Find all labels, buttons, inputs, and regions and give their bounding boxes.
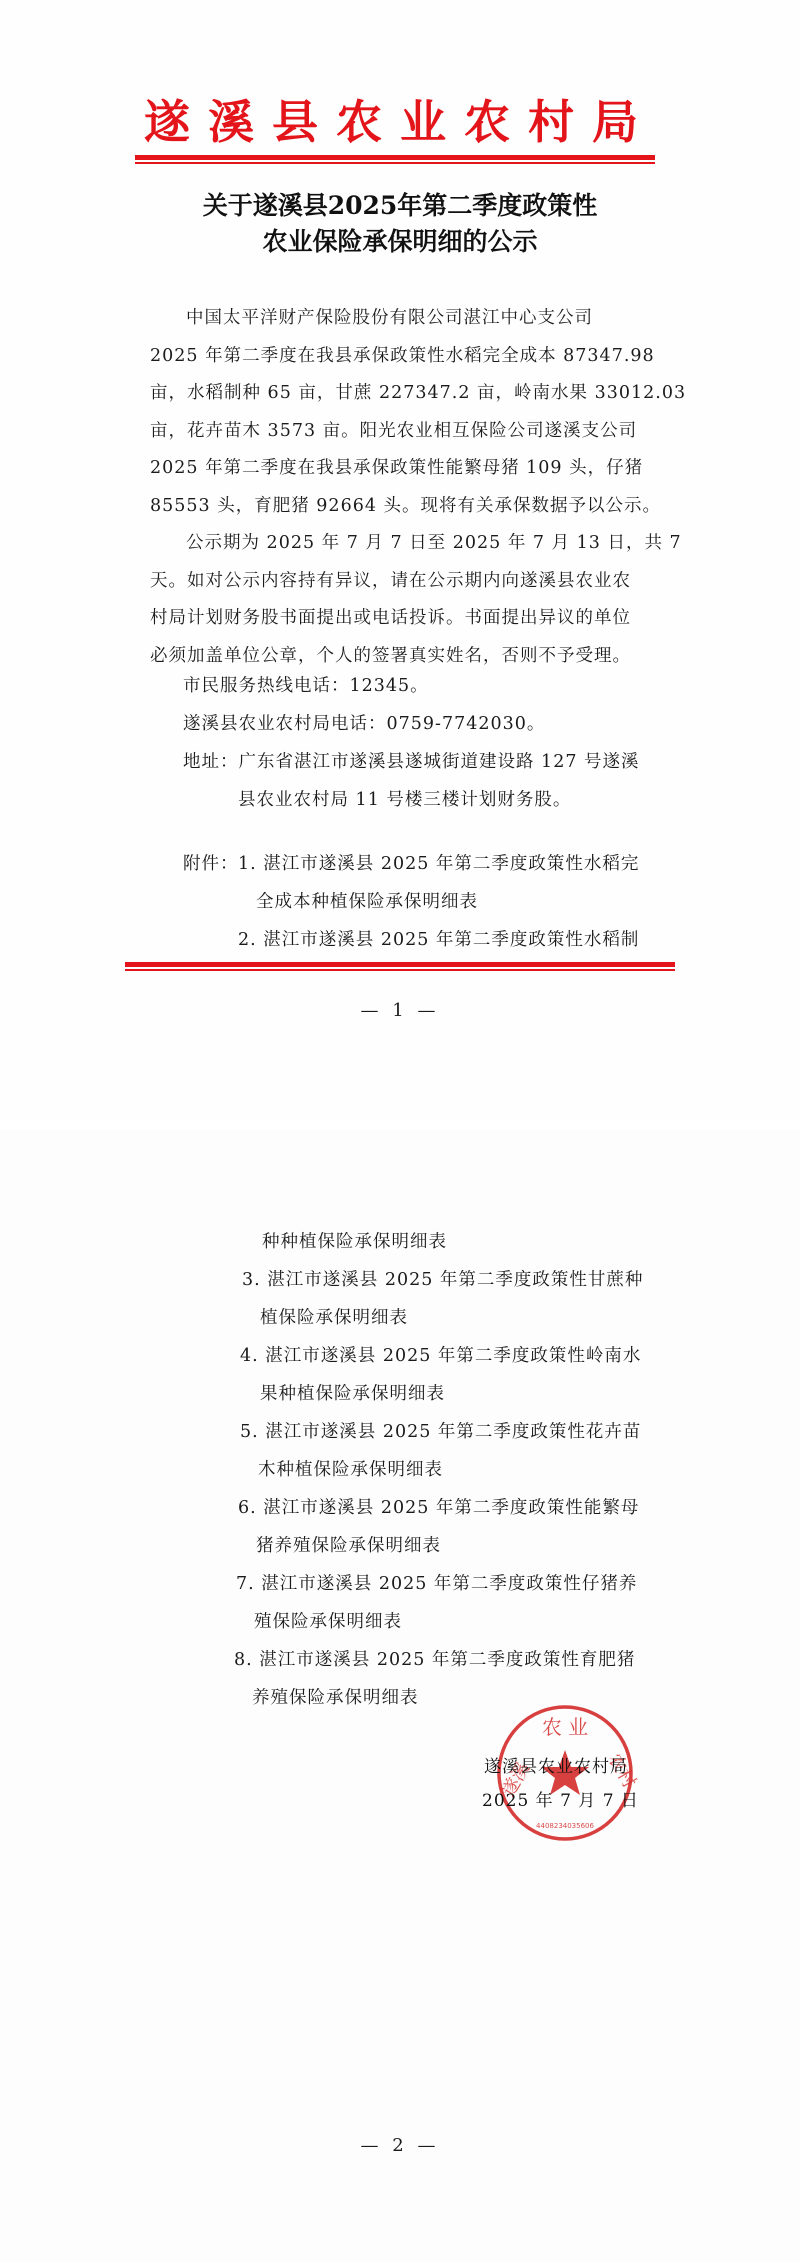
masthead-title: 遂溪县农业农村局 [0,92,800,152]
signature-organization: 遂溪县农业农村局 [484,1752,628,1777]
body-line: 亩，花卉苗木 3573 亩。阳光农业相互保险公司遂溪支公司 [150,413,650,451]
body-line: 村局计划财务股书面提出或电话投诉。书面提出异议的单位 [150,600,650,638]
bureau-phone-text: 遂溪县农业农村局电话：0759-7742030。 [183,710,545,735]
masthead-red-divider [135,155,655,164]
document-page-1: 遂溪县农业农村局 关于遂溪县2025年第二季度政策性 农业保险承保明细的公示 中… [0,0,800,1120]
page-number-1: — 1 — [0,1000,800,1021]
address-line-1: 地址：广东省湛江市遂溪县遂城街道建设路 127 号遂溪 [183,748,640,773]
signature-date: 2025 年 7 月 7 日 [482,1786,639,1811]
attachment-3-line-1: 3. 湛江市遂溪县 2025 年第二季度政策性甘蔗种 [242,1266,643,1291]
attachment-5-line-1: 5. 湛江市遂溪县 2025 年第二季度政策性花卉苗 [240,1418,641,1443]
attachment-2-line-2: 种种植保险承保明细表 [262,1228,447,1253]
attachment-6-line-1: 6. 湛江市遂溪县 2025 年第二季度政策性能繁母 [238,1494,639,1519]
attachment-3-line-2: 植保险承保明细表 [260,1304,408,1329]
footer-red-divider [125,962,675,971]
address-line-2: 县农业农村局 11 号楼三楼计划财务股。 [238,786,571,811]
attachment-6-line-2: 猪养殖保险承保明细表 [256,1532,441,1557]
body-line: 必须加盖单位公章，个人的签署真实姓名，否则不予受理。 [150,638,650,676]
svg-text:4408234035606: 4408234035606 [536,1822,594,1830]
attachment-2-line-1: 2. 湛江市遂溪县 2025 年第二季度政策性水稻制 [238,926,639,951]
body-line: 中国太平洋财产保险股份有限公司湛江中心支公司 [150,300,650,338]
attachment-4-line-2: 果种植保险承保明细表 [260,1380,445,1405]
document-page-2: 种种植保险承保明细表 3. 湛江市遂溪县 2025 年第二季度政策性甘蔗种 植保… [0,1130,800,2263]
hotline-text: 市民服务热线电话：12345。 [183,672,429,697]
notice-title-line-1: 关于遂溪县2025年第二季度政策性 [0,188,800,224]
body-line: 2025 年第二季度在我县承保政策性能繁母猪 109 头，仔猪 [150,450,650,488]
page-number-2: — 2 — [0,2135,800,2156]
attachment-8-line-2: 养殖保险承保明细表 [252,1684,419,1709]
attachment-7-line-2: 殖保险承保明细表 [254,1608,402,1633]
attachment-1-line-2: 全成本种植保险承保明细表 [256,888,478,913]
attachment-7-line-1: 7. 湛江市遂溪县 2025 年第二季度政策性仔猪养 [236,1570,637,1595]
body-line: 2025 年第二季度在我县承保政策性水稻完全成本 87347.98 [150,338,650,376]
attachment-8-line-1: 8. 湛江市遂溪县 2025 年第二季度政策性育肥猪 [234,1646,635,1671]
notice-body: 中国太平洋财产保险股份有限公司湛江中心支公司 2025 年第二季度在我县承保政策… [150,300,650,675]
svg-text:农 业: 农 业 [542,1715,588,1739]
attachment-1-line-1: 1. 湛江市遂溪县 2025 年第二季度政策性水稻完 [238,850,639,875]
body-line: 85553 头，育肥猪 92664 头。现将有关承保数据予以公示。 [150,488,650,526]
attachments-label: 附件： [183,850,239,875]
attachment-5-line-2: 木种植保险承保明细表 [258,1456,443,1481]
body-line: 天。如对公示内容持有异议，请在公示期内向遂溪县农业农 [150,563,650,601]
notice-title-line-2: 农业保险承保明细的公示 [0,224,800,260]
body-line: 亩，水稻制种 65 亩，甘蔗 227347.2 亩，岭南水果 33012.03 [150,375,650,413]
body-line: 公示期为 2025 年 7 月 7 日至 2025 年 7 月 13 日，共 7 [150,525,650,563]
attachment-4-line-1: 4. 湛江市遂溪县 2025 年第二季度政策性岭南水 [240,1342,641,1367]
